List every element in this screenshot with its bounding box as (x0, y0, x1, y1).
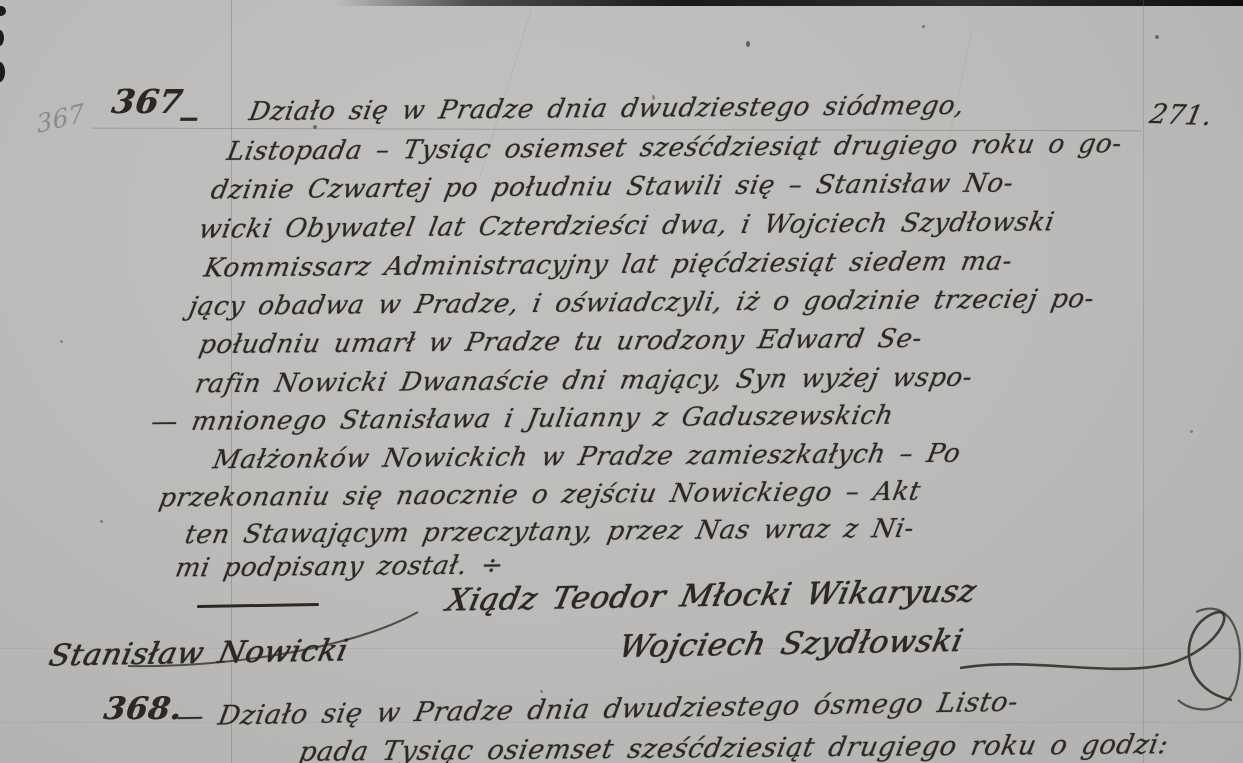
record-367-line: mi podpisany został. ÷ (173, 551, 506, 584)
witness-signature-left: Stanisław Nowicki (46, 633, 352, 673)
priest-signature: Xiądz Teodor Młocki Wikaryusz (443, 573, 979, 618)
edge-blot (0, 62, 5, 82)
record-367-number: 367_ (109, 82, 202, 121)
witness-signature-right: Wojciech Szydłowski (615, 623, 966, 665)
record-367-line: Listopada – Tysiąc osiemset sześćdziesią… (224, 129, 1124, 167)
record-367-line: Małżonków Nowickich w Pradze zamieszkały… (211, 439, 964, 476)
paper-speck (540, 690, 543, 693)
scan-top-edge (0, 0, 1243, 6)
edge-blot (0, 30, 4, 46)
paper-speck (100, 520, 103, 523)
paper-speck (1155, 35, 1159, 39)
record-368-line: — Działo się w Pradze dnia dwudziestego … (174, 687, 1021, 733)
paper-speck (922, 25, 925, 28)
paper-speck (60, 340, 63, 343)
record-367-line: przekonaniu się naocznie o zejściu Nowic… (157, 477, 924, 514)
record-367-line: Kommissarz Administracyjny lat pięćdzies… (202, 246, 1015, 283)
record-367-line: Działo się w Pradze dnia dwudziestego si… (247, 91, 967, 127)
record-367-line: jący obadwa w Pradze, i oświadczyli, iż … (186, 284, 1097, 322)
paper-speck (746, 41, 750, 47)
record-367-line: — mnionego Stanisława i Julianny z Gadus… (149, 401, 896, 437)
record-367-line: dzinie Czwartej po południu Stawili się … (209, 169, 1017, 206)
scanned-register-page: 367 367_ 271. Działo się w Pradze dnia d… (0, 0, 1243, 763)
closing-dash (197, 603, 319, 608)
record-367-line: rafin Nowicki Dwanaście dni mający, Syn … (193, 363, 975, 400)
record-368-number: 368. (101, 691, 184, 727)
record-367-line: południu umarł w Pradze tu urodzony Edwa… (197, 324, 925, 360)
margin-number-pencil: 367 (35, 98, 86, 139)
paper-speck (1190, 430, 1193, 433)
edge-blot (0, 6, 6, 16)
record-368-line: pada Tysiąc osiemset sześćdziesiąt drugi… (296, 729, 1171, 763)
record-367-line: ten Stawającym przeczytany, przez Nas wr… (183, 514, 917, 550)
record-367-line: wicki Obywatel lat Czterdzieści dwa, i W… (197, 207, 1058, 244)
page-number: 271. (1147, 99, 1216, 132)
